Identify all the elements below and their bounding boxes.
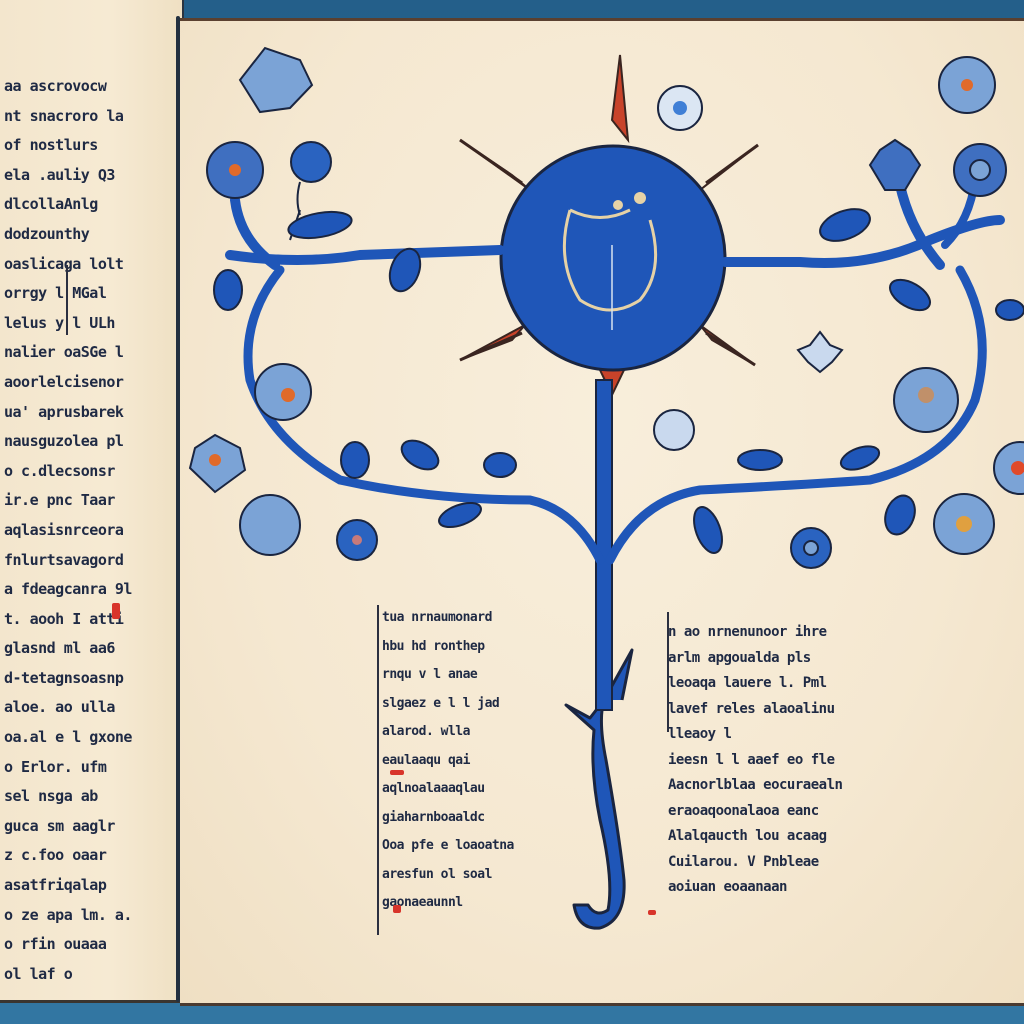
red-rubric-mark (393, 905, 401, 913)
text-line: Aacnorlblaa eocuraealn (668, 773, 888, 799)
text-line: aqlnoalaaaqlau (382, 775, 562, 804)
text-line: lavef reles alaoalinu (668, 697, 888, 723)
text-line: Cuilarou. V Pnbleae (668, 850, 888, 876)
manuscript-scene: aa ascrovocw nt snacroro la of nostlurs … (0, 0, 1024, 1024)
text-block-left: tua nrnaumonard hbu hd ronthep rnqu v l … (382, 604, 562, 918)
block-a-rule (377, 605, 379, 935)
text-line: gaonaeaunnl (382, 889, 562, 918)
text-line: rnqu v l anae (382, 661, 562, 690)
text-line: Alalqaucth lou acaag (668, 824, 888, 850)
text-line: arlm apgoualda pls (668, 646, 888, 672)
text-line: alarod. wlla (382, 718, 562, 747)
red-rubric-mark (390, 770, 404, 775)
text-line: giaharnboaaldc (382, 804, 562, 833)
text-line: aoiuan eoaanaan (668, 875, 888, 901)
text-line: slgaez e l l jad (382, 690, 562, 719)
text-line: aresfun ol soal (382, 861, 562, 890)
text-line: n ao nrnenunoor ihre (668, 620, 888, 646)
text-line: lleaoy l (668, 722, 888, 748)
text-block-right: n ao nrnenunoor ihre arlm apgoualda pls … (668, 620, 888, 901)
sun-medallion-icon (501, 146, 725, 370)
text-line: tua nrnaumonard (382, 604, 562, 633)
text-line: hbu hd ronthep (382, 633, 562, 662)
text-line: ieesn l l aaef eo fle (668, 748, 888, 774)
text-line: leoaqa lauere l. Pml (668, 671, 888, 697)
text-line: eaulaaqu qai (382, 747, 562, 776)
text-line: Ooa pfe e loaoatna (382, 832, 562, 861)
red-rubric-mark (648, 910, 656, 915)
text-line: eraoaqoonalaoa eanc (668, 799, 888, 825)
